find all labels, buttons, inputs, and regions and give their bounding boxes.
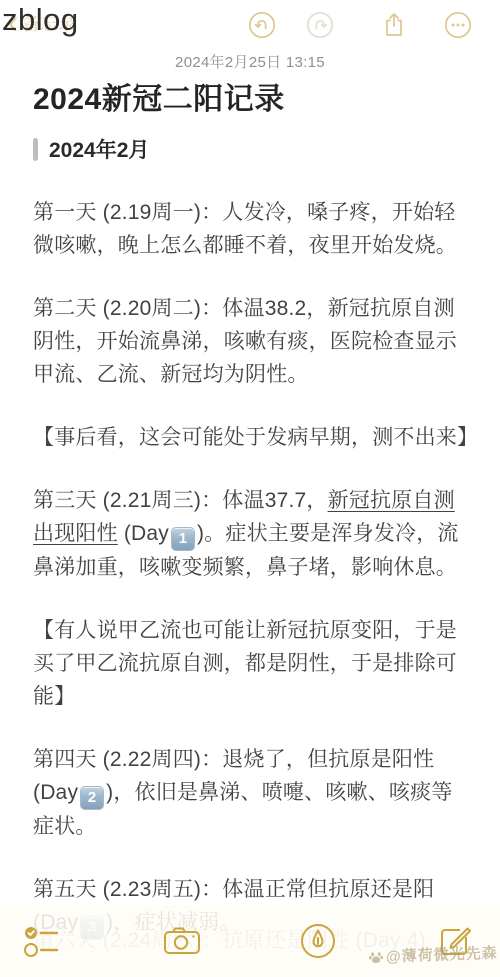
text-segment: 第一天 (2.19周一)：人发冷，嗓子疼，开始轻微咳嗽，晚上怎么都睡不着，夜里开… — [33, 201, 457, 257]
day-badge: 2 — [80, 786, 104, 810]
note-paragraph: 【有人说甲乙流也可能让新冠抗原变阳，于是买了甲乙流抗原自测，都是阴性，于是排除可… — [33, 614, 471, 713]
redo-button[interactable] — [305, 10, 335, 40]
text-segment: (Day — [118, 522, 169, 545]
markup-button[interactable] — [295, 921, 341, 961]
note-paragraph: 第四天 (2.22周四)：退烧了，但抗原是阳性 (Day2)，依旧是鼻涕、喷嚏、… — [33, 743, 471, 843]
more-button[interactable] — [443, 10, 473, 40]
site-watermark: zblog — [2, 2, 79, 38]
ellipsis-icon — [443, 10, 473, 40]
undo-button[interactable] — [247, 10, 277, 40]
markup-pen-icon — [299, 922, 337, 960]
bottom-toolbar — [0, 905, 500, 977]
undo-icon — [247, 10, 277, 40]
share-icon — [379, 10, 409, 40]
camera-icon — [162, 924, 202, 958]
note-subheading: 2024年2月 — [33, 134, 471, 164]
redo-icon — [305, 10, 335, 40]
camera-button[interactable] — [159, 921, 205, 961]
day-badge: 1 — [171, 527, 195, 551]
note-paragraph: 第一天 (2.19周一)：人发冷，嗓子疼，开始轻微咳嗽，晚上怎么都睡不着，夜里开… — [33, 196, 471, 262]
share-button[interactable] — [379, 10, 409, 40]
credit-text: @薄荷微光先森 — [386, 942, 498, 967]
note-date: 2024年2月25日 13:15 — [0, 51, 500, 72]
paw-icon — [368, 948, 385, 965]
text-segment: 【事后看，这会可能处于发病早期，测不出来】 — [33, 426, 478, 449]
text-segment: 第三天 (2.21周三)：体温37.7， — [33, 489, 328, 512]
checklist-icon — [23, 923, 67, 959]
checklist-button[interactable] — [22, 921, 68, 961]
note-title: 2024新冠二阳记录 — [33, 82, 471, 118]
text-segment: 第二天 (2.20周二)：体温38.2，新冠抗原自测阴性，开始流鼻涕，咳嗽有痰，… — [33, 297, 457, 386]
text-segment: 【有人说甲乙流也可能让新冠抗原变阳，于是买了甲乙流抗原自测，都是阴性，于是排除可… — [33, 619, 457, 708]
subheading-text: 2024年2月 — [49, 134, 149, 164]
note-paragraph: 第二天 (2.20周二)：体温38.2，新冠抗原自测阴性，开始流鼻涕，咳嗽有痰，… — [33, 292, 471, 391]
note-paragraph: 【事后看，这会可能处于发病早期，测不出来】 — [33, 421, 471, 454]
note-paragraph: 第三天 (2.21周三)：体温37.7，新冠抗原自测出现阳性 (Day1)。症状… — [33, 484, 471, 584]
note-editor[interactable]: 2024新冠二阳记录 2024年2月 第一天 (2.19周一)：人发冷，嗓子疼，… — [33, 82, 471, 940]
subheading-bar — [33, 138, 38, 161]
note-body: 第一天 (2.19周一)：人发冷，嗓子疼，开始轻微咳嗽，晚上怎么都睡不着，夜里开… — [33, 196, 471, 940]
